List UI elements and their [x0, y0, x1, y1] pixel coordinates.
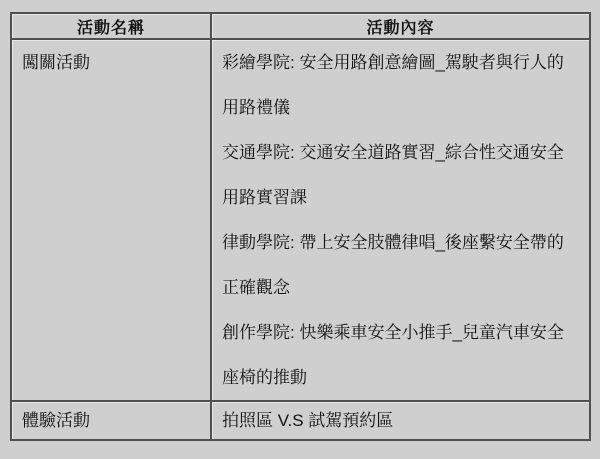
activity-content-line: 交通學院: 交通安全道路實習_綜合性交通安全用路實習課	[222, 130, 579, 220]
activity-table: 活動名稱 活動內容 闖關活動 彩繪學院: 安全用路創意繪圖_駕駛者與行人的用路禮…	[10, 12, 591, 441]
activity-name-cell: 闖關活動	[11, 39, 211, 401]
column-header-activity-content: 活動內容	[211, 13, 590, 39]
activity-content-line: 律動學院: 帶上安全肢體律唱_後座繫安全帶的正確觀念	[222, 220, 579, 310]
activity-name-text: 闖關活動	[22, 40, 200, 85]
activity-content-line: 彩繪學院: 安全用路創意繪圖_駕駛者與行人的用路禮儀	[222, 40, 579, 130]
table-header-row: 活動名稱 活動內容	[11, 13, 590, 39]
table-row: 體驗活動 拍照區 V.S 試駕預約區	[11, 401, 590, 440]
table-row: 闖關活動 彩繪學院: 安全用路創意繪圖_駕駛者與行人的用路禮儀 交通學院: 交通…	[11, 39, 590, 401]
activity-content-line: 創作學院: 快樂乘車安全小推手_兒童汽車安全座椅的推動	[222, 310, 579, 400]
activity-content-cell: 拍照區 V.S 試駕預約區	[211, 401, 590, 440]
page-background: 活動名稱 活動內容 闖關活動 彩繪學院: 安全用路創意繪圖_駕駛者與行人的用路禮…	[0, 0, 600, 459]
activity-name-text: 體驗活動	[22, 411, 200, 431]
activity-name-cell: 體驗活動	[11, 401, 211, 440]
column-header-activity-name: 活動名稱	[11, 13, 211, 39]
activity-content-line: 拍照區 V.S 試駕預約區	[222, 411, 579, 431]
activity-content-cell: 彩繪學院: 安全用路創意繪圖_駕駛者與行人的用路禮儀 交通學院: 交通安全道路實…	[211, 39, 590, 401]
